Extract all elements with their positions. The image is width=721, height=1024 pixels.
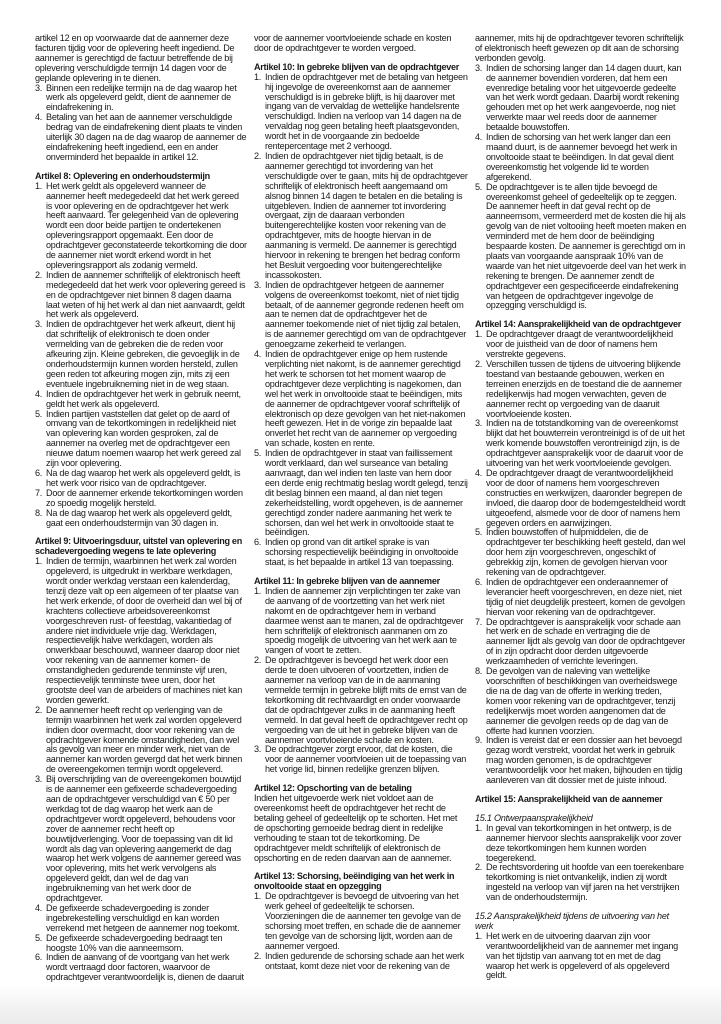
list-item: 9.Indien is vereist dat er een dossier a… — [475, 736, 687, 786]
list-item: 6.Indien de aanvang of de voortgang van … — [35, 953, 247, 983]
subheading-15-2: 15.2 Aansprakelijkheid tijdens de uitvoe… — [475, 912, 687, 932]
list-item: 2.Indien gedurende de schorsing schade a… — [254, 952, 468, 972]
list-item: 2.Indien de aannemer schriftelijk of ele… — [35, 271, 247, 321]
list-item: 3.Indien de opdrachtgever hetgeen de aan… — [254, 281, 468, 350]
list-item: 4.De opdrachtgever draagt de verantwoord… — [475, 469, 687, 528]
artikel-8-list: 1.Het werk geldt als opgeleverd wanneer … — [35, 182, 247, 529]
list-item: 4.Betaling van het aan de aannemer versc… — [35, 113, 247, 163]
list-item: 3.De opdrachtgever zorgt ervoor, dat de … — [254, 745, 468, 775]
heading-artikel-15: Artikel 15: Aansprakelijkheid van de aan… — [475, 795, 687, 805]
continuation-list: 3.Indien de schorsing langer dan 14 dage… — [475, 64, 687, 312]
artikel-13-list: 1.De opdrachtgever is bevoegd de uitvoer… — [254, 892, 468, 971]
list-item: 2.De aannemer heeft recht op verlenging … — [35, 706, 247, 775]
list-item: 1.De opdrachtgever draagt de verantwoord… — [475, 330, 687, 360]
column-left: artikel 12 en op voorwaarde dat de aanne… — [35, 34, 247, 983]
list-item: 1.Indien de aannemer zijn verplichtingen… — [254, 587, 468, 656]
list-item: 3.Indien de schorsing langer dan 14 dage… — [475, 64, 687, 133]
list-item: 6.Indien op grond van dit artikel sprake… — [254, 538, 468, 568]
continuation-text: aannemer, mits hij de opdrachtgever tevo… — [475, 34, 687, 64]
list-item: 1.Indien de termijn, waarbinnen het werk… — [35, 557, 247, 706]
list-item: 2.Verschillen tussen de tijdens de uitvo… — [475, 360, 687, 419]
artikel-11-list: 1.Indien de aannemer zijn verplichtingen… — [254, 587, 468, 775]
list-item: 8.De gevolgen van de naleving van wettel… — [475, 667, 687, 736]
list-item: 7.De opdrachtgever is aansprakelijk voor… — [475, 618, 687, 668]
list-item: 2.De opdrachtgever is bevoegd het werk d… — [254, 656, 468, 745]
list-item: 7.Door de aannemer erkende tekortkominge… — [35, 489, 247, 509]
document-page: artikel 12 en op voorwaarde dat de aanne… — [0, 0, 721, 1024]
artikel-14-list: 1.De opdrachtgever draagt de verantwoord… — [475, 330, 687, 786]
column-middle: voor de aannemer voortvloeiende schade e… — [254, 34, 468, 971]
list-item: 1.De opdrachtgever is bevoegd de uitvoer… — [254, 892, 468, 951]
column-right: aannemer, mits hij de opdrachtgever tevo… — [475, 34, 687, 981]
list-item: 3.Indien na de totstandkoming van de ove… — [475, 419, 687, 469]
artikel-12-paragraph: Indien het uitgevoerde werk niet voldoet… — [254, 794, 468, 863]
list-item: 8.Na de dag waarop het werk als opgeleve… — [35, 509, 247, 529]
continuation-text: voor de aannemer voortvloeiende schade e… — [254, 34, 468, 54]
list-item: 1.Indien de opdrachtgever met de betalin… — [254, 73, 468, 152]
artikel-10-list: 1.Indien de opdrachtgever met de betalin… — [254, 73, 468, 568]
list-item: 1.Het werk geldt als opgeleverd wanneer … — [35, 182, 247, 271]
subsection-15-2-list: 1.Het werk en de uitvoering daarvan zijn… — [475, 932, 687, 982]
list-item: 2.De rechtsvordering uit hoofde van een … — [475, 863, 687, 903]
list-item: 4.Indien de schorsing van het werk lange… — [475, 133, 687, 183]
list-item: 5.De opdrachtgever is te allen tijde bev… — [475, 183, 687, 312]
heading-artikel-9: Artikel 9: Uitvoeringsduur, uitstel van … — [35, 537, 247, 557]
list-item: 5.Indien partijen vaststellen dat gelet … — [35, 410, 247, 469]
list-item: 1.Het werk en de uitvoering daarvan zijn… — [475, 932, 687, 982]
subsection-15-1-list: 1.In geval van tekortkomingen in het ont… — [475, 824, 687, 903]
list-item: 6.Indien de opdrachtgever een onderaanne… — [475, 578, 687, 618]
heading-artikel-13: Artikel 13: Schorsing, beëindiging van h… — [254, 872, 468, 892]
list-item: 5.Indien de opdrachtgever in staat van f… — [254, 449, 468, 538]
artikel-9-list: 1.Indien de termijn, waarbinnen het werk… — [35, 557, 247, 983]
list-item: 3.Indien de opdrachtgever het werk afkeu… — [35, 320, 247, 389]
list-item: 4.Indien de opdrachtgever enige op hem r… — [254, 350, 468, 449]
list-item: 4.Indien de opdrachtgever het werk in ge… — [35, 390, 247, 410]
list-item: 5.Indien bouwstoffen of hulpmiddelen, di… — [475, 528, 687, 578]
list-item: 2.Indien de opdrachtgever niet tijdig be… — [254, 152, 468, 281]
list-item: 1.In geval van tekortkomingen in het ont… — [475, 824, 687, 864]
list-item: 3.Binnen een redelijke termijn na de dag… — [35, 84, 247, 114]
list-item: 6.Na de dag waarop het werk als opgeleve… — [35, 469, 247, 489]
list-item: 4.De gefixeerde schadevergoeding is zond… — [35, 904, 247, 934]
list-item: 5.De gefixeerde schadevergoeding bedraag… — [35, 934, 247, 954]
continuation-text: artikel 12 en op voorwaarde dat de aanne… — [35, 34, 247, 84]
continuation-list: 3.Binnen een redelijke termijn na de dag… — [35, 84, 247, 163]
list-item: 3.Bij overschrijding van de overeengekom… — [35, 775, 247, 904]
